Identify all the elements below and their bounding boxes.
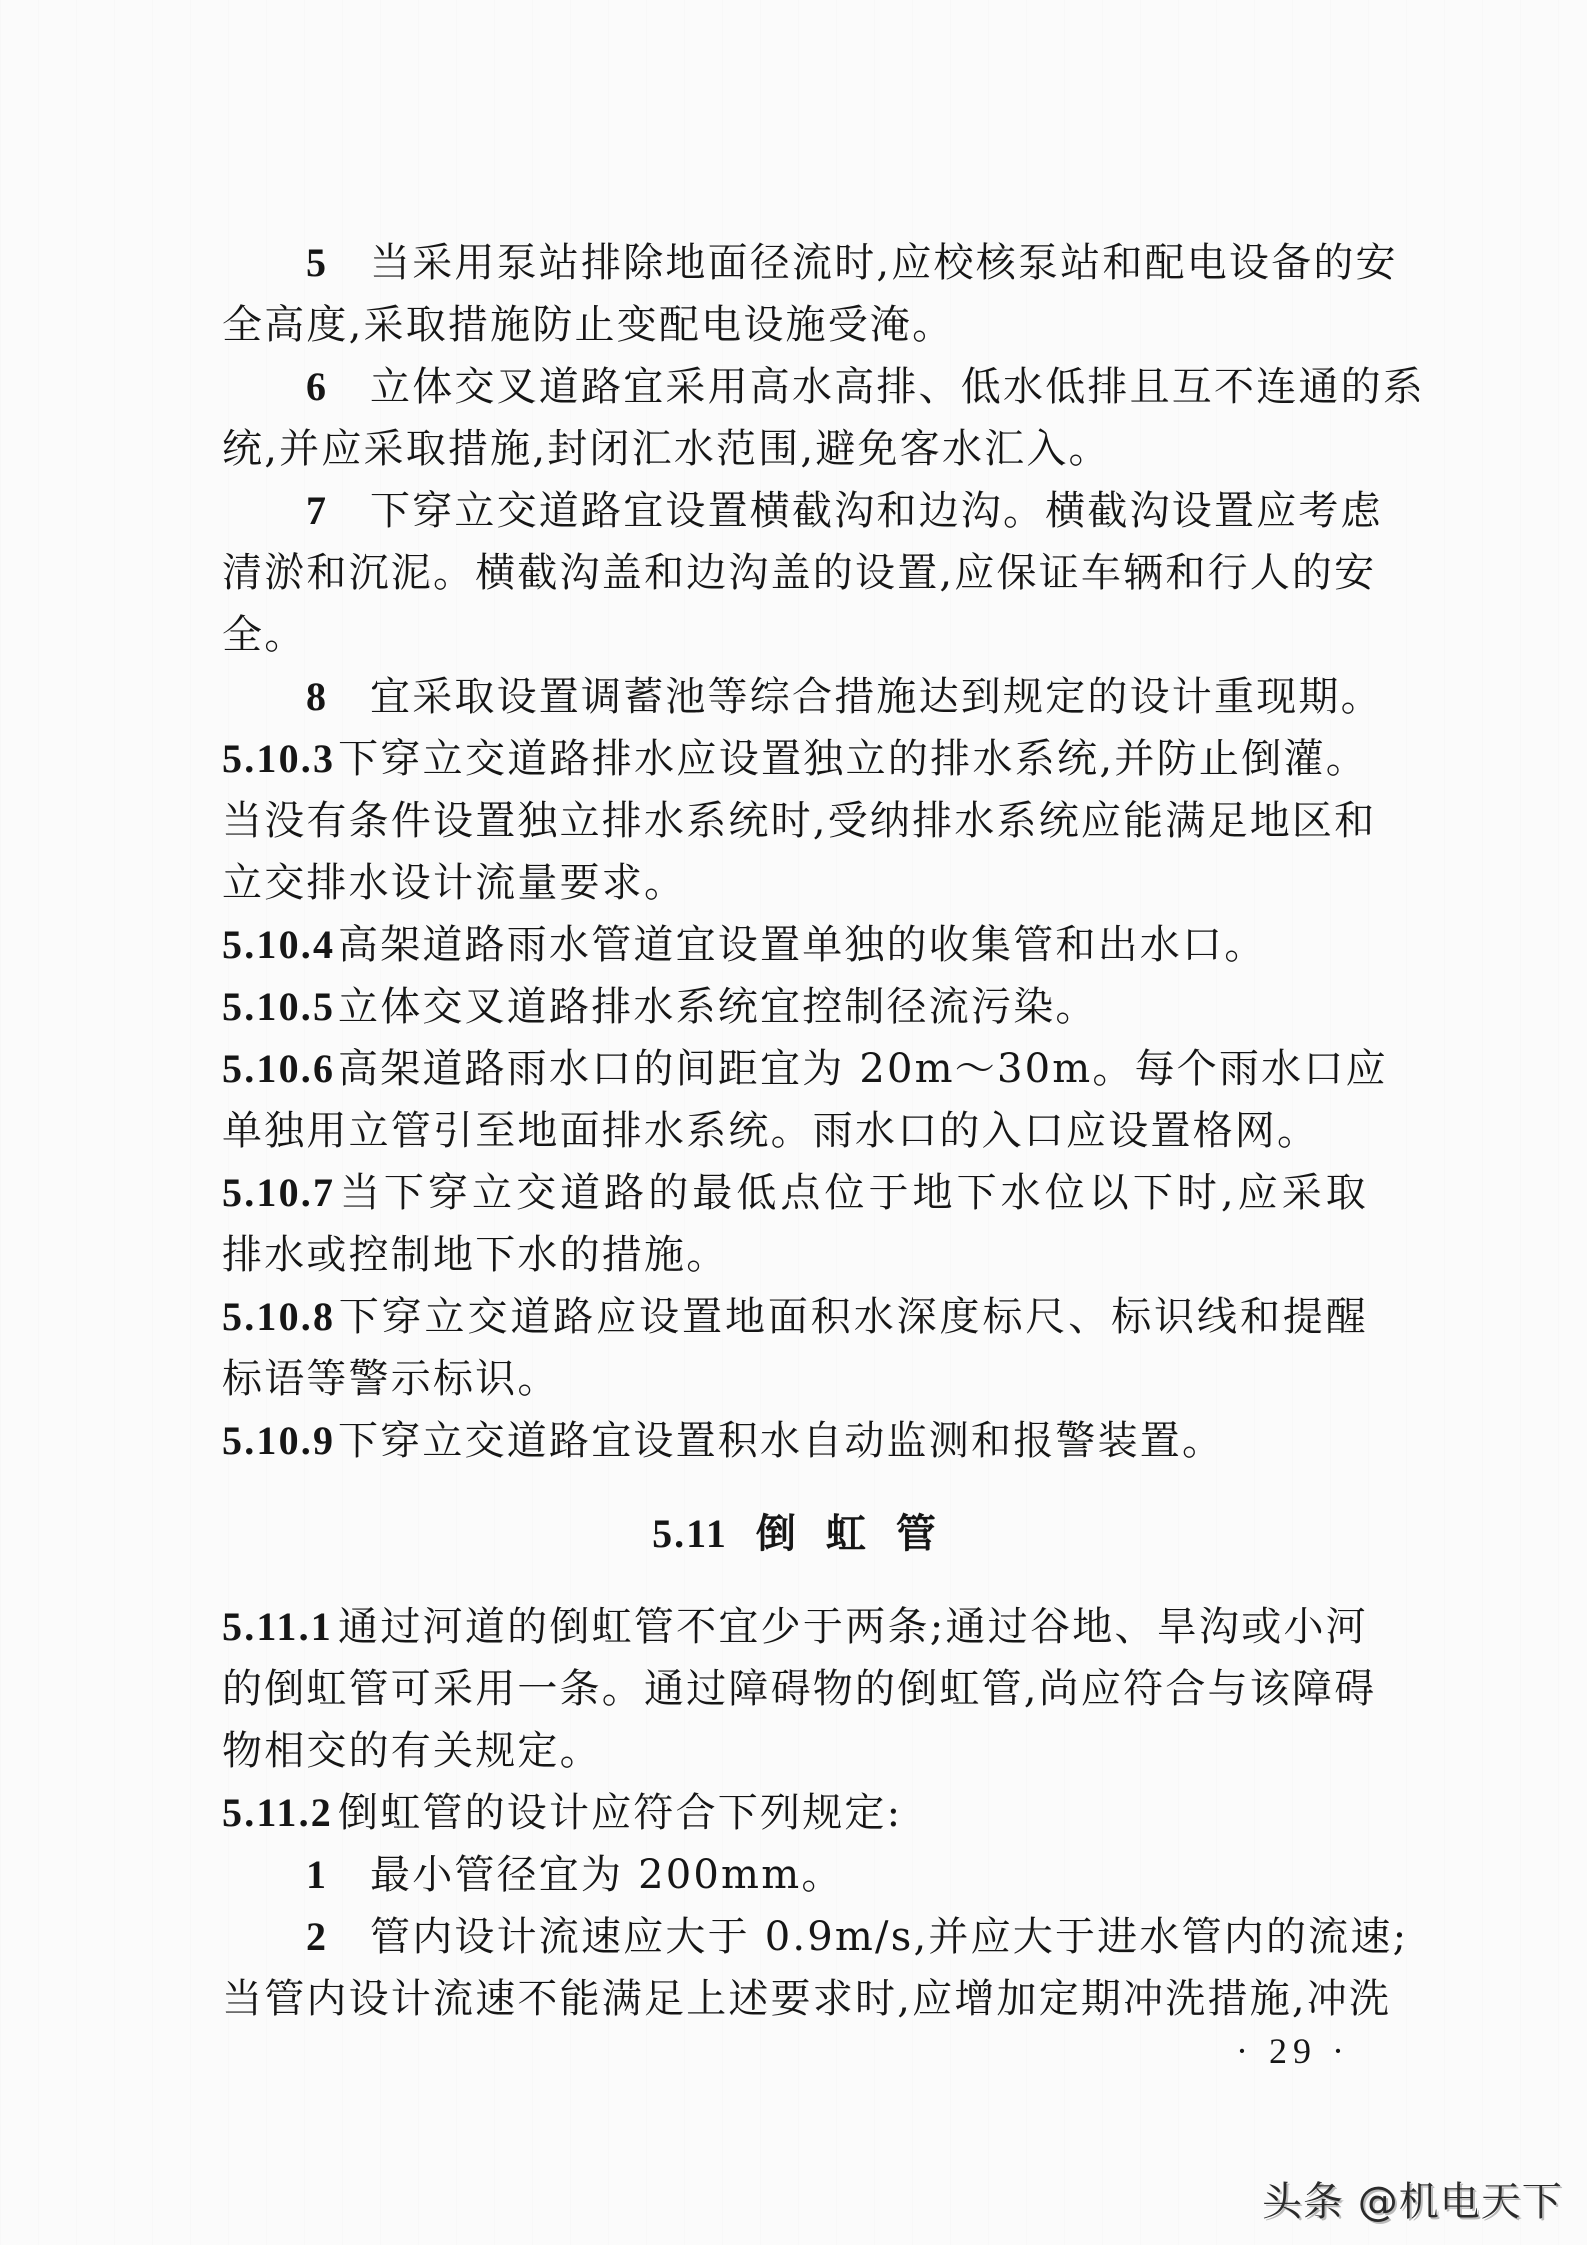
clause-number: 5.10.6: [222, 1038, 338, 1100]
item-number: 1: [306, 1844, 370, 1906]
text-line: 5.10.6高架道路雨水口的间距宜为 20m～30m。每个雨水口应: [222, 1038, 1368, 1100]
clause-5-10-5: 5.10.5立体交叉道路排水系统宜控制径流污染。: [222, 976, 1368, 1038]
item-number: 6: [306, 356, 370, 418]
text-line: 物相交的有关规定。: [222, 1720, 1368, 1782]
text-line: 立交排水设计流量要求。: [222, 852, 1368, 914]
list-item-6: 6立体交叉道路宜采用高水高排、低水低排且互不连通的系 统,并应采取措施,封闭汇水…: [222, 356, 1368, 480]
text-line: 5.11.2倒虹管的设计应符合下列规定:: [222, 1782, 1368, 1844]
item-number: 7: [306, 480, 370, 542]
text-line: 7下穿立交道路宜设置横截沟和边沟。横截沟设置应考虑: [222, 480, 1368, 542]
text-line: 6立体交叉道路宜采用高水高排、低水低排且互不连通的系: [222, 356, 1368, 418]
text-line: 5.10.7当下穿立交道路的最低点位于地下水位以下时,应采取: [222, 1162, 1368, 1224]
text-line: 全。: [222, 604, 1368, 666]
clause-number: 5.10.4: [222, 914, 338, 976]
text-line: 当没有条件设置独立排水系统时,受纳排水系统应能满足地区和: [222, 790, 1368, 852]
clause-number: 5.10.9: [222, 1410, 338, 1472]
text-line: 5.11.1通过河道的倒虹管不宜少于两条;通过谷地、旱沟或小河: [222, 1596, 1368, 1658]
text-line: 5.10.4高架道路雨水管道宜设置单独的收集管和出水口。: [222, 914, 1368, 976]
text-line: 全高度,采取措施防止变配电设施受淹。: [222, 294, 1368, 356]
clause-5-10-8: 5.10.8下穿立交道路应设置地面积水深度标尺、标识线和提醒 标语等警示标识。: [222, 1286, 1368, 1410]
text-line: 排水或控制地下水的措施。: [222, 1224, 1368, 1286]
list-item-7: 7下穿立交道路宜设置横截沟和边沟。横截沟设置应考虑 清淤和沉泥。横截沟盖和边沟盖…: [222, 480, 1368, 666]
item-number: 5: [306, 232, 370, 294]
clause-number: 5.10.5: [222, 976, 338, 1038]
clause-5-10-6: 5.10.6高架道路雨水口的间距宜为 20m～30m。每个雨水口应 单独用立管引…: [222, 1038, 1368, 1162]
list-item-8: 8宜采取设置调蓄池等综合措施达到规定的设计重现期。: [222, 666, 1368, 728]
clause-5-10-3: 5.10.3下穿立交道路排水应设置独立的排水系统,并防止倒灌。 当没有条件设置独…: [222, 728, 1368, 914]
page-number: · 29 ·: [1236, 2030, 1350, 2072]
text-line: 5.10.3下穿立交道路排水应设置独立的排水系统,并防止倒灌。: [222, 728, 1368, 790]
text-line: 当管内设计流速不能满足上述要求时,应增加定期冲洗措施,冲洗: [222, 1968, 1368, 2030]
text-line: 5.10.5立体交叉道路排水系统宜控制径流污染。: [222, 976, 1368, 1038]
text-line: 统,并应采取措施,封闭汇水范围,避免客水汇入。: [222, 418, 1368, 480]
section-title-char: 虹: [826, 1472, 868, 1596]
clause-number: 5.11.1: [222, 1596, 338, 1658]
text-line: 5.10.8下穿立交道路应设置地面积水深度标尺、标识线和提醒: [222, 1286, 1368, 1348]
text-line: 1最小管径宜为 200mm。: [222, 1844, 1368, 1906]
clause-5-10-4: 5.10.4高架道路雨水管道宜设置单独的收集管和出水口。: [222, 914, 1368, 976]
clause-number: 5.10.7: [222, 1162, 338, 1224]
watermark: 头条 @机电天下: [1262, 2170, 1563, 2227]
clause-number: 5.11.2: [222, 1782, 338, 1844]
text-line: 标语等警示标识。: [222, 1348, 1368, 1410]
clause-5-10-9: 5.10.9下穿立交道路宜设置积水自动监测和报警装置。: [222, 1410, 1368, 1472]
item-number: 2: [306, 1906, 370, 1968]
text-line: 单独用立管引至地面排水系统。雨水口的入口应设置格网。: [222, 1100, 1368, 1162]
text-line: 2管内设计流速应大于 0.9m/s,并应大于进水管内的流速;: [222, 1906, 1368, 1968]
clause-5-11-2: 5.11.2倒虹管的设计应符合下列规定:: [222, 1782, 1368, 1844]
text-line: 5.10.9下穿立交道路宜设置积水自动监测和报警装置。: [222, 1410, 1368, 1472]
list-item-2: 2管内设计流速应大于 0.9m/s,并应大于进水管内的流速; 当管内设计流速不能…: [222, 1906, 1368, 2030]
clause-5-10-7: 5.10.7当下穿立交道路的最低点位于地下水位以下时,应采取 排水或控制地下水的…: [222, 1162, 1368, 1286]
section-title-char: 倒: [756, 1472, 798, 1596]
list-item-1: 1最小管径宜为 200mm。: [222, 1844, 1368, 1906]
list-item-5: 5当采用泵站排除地面径流时,应校核泵站和配电设备的安 全高度,采取措施防止变配电…: [222, 232, 1368, 356]
text-line: 的倒虹管可采用一条。通过障碍物的倒虹管,尚应符合与该障碍: [222, 1658, 1368, 1720]
item-number: 8: [306, 666, 370, 728]
section-heading: 5.11倒虹管: [222, 1472, 1368, 1596]
text-line: 8宜采取设置调蓄池等综合措施达到规定的设计重现期。: [222, 666, 1368, 728]
clause-number: 5.10.8: [222, 1286, 338, 1348]
text-line: 5当采用泵站排除地面径流时,应校核泵站和配电设备的安: [222, 232, 1368, 294]
clause-5-11-1: 5.11.1通过河道的倒虹管不宜少于两条;通过谷地、旱沟或小河 的倒虹管可采用一…: [222, 1596, 1368, 1782]
document-page: 5当采用泵站排除地面径流时,应校核泵站和配电设备的安 全高度,采取措施防止变配电…: [222, 232, 1368, 2030]
text-line: 清淤和沉泥。横截沟盖和边沟盖的设置,应保证车辆和行人的安: [222, 542, 1368, 604]
section-title-char: 管: [896, 1472, 938, 1596]
section-number: 5.11: [652, 1511, 728, 1556]
clause-number: 5.10.3: [222, 728, 338, 790]
